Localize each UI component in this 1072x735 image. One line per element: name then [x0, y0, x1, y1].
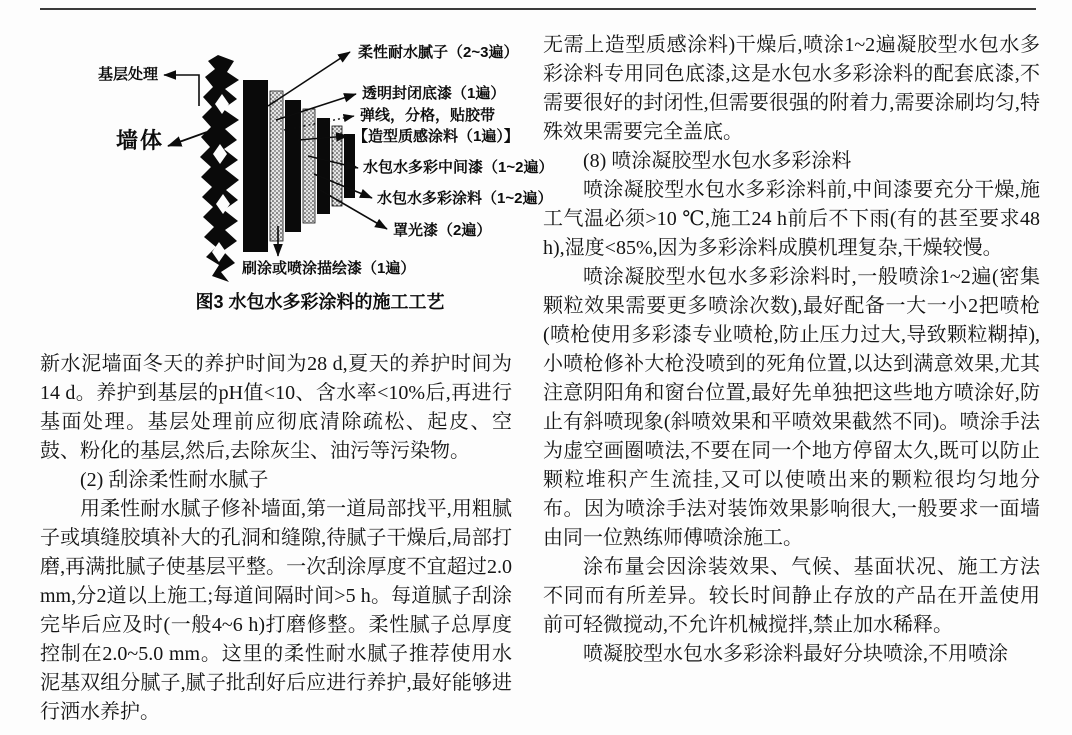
label-clear-topcoat: 罩光漆（2遍） — [393, 222, 491, 240]
figure-3-coating-diagram: 基层处理 墙体 柔性耐水腻子（2~3遍） 透明封闭底漆（1遍） 弹线，分格，贴胶… — [40, 28, 540, 340]
right-column: 无需上造型质感涂料)干燥后,喷涂1~2遍凝胶型水包水多彩涂料专用同色底漆,这是水… — [543, 31, 1040, 669]
paragraph: 用柔性耐水腻子修补墙面,第一道局部找平,用粗腻子或填缝胶填补大的孔洞和缝隙,待腻… — [40, 495, 512, 727]
paragraph-heading: (8) 喷涂凝胶型水包水多彩涂料 — [543, 147, 1040, 176]
paragraph: 无需上造型质感涂料)干燥后,喷涂1~2遍凝胶型水包水多彩涂料专用同色底漆,这是水… — [543, 31, 1040, 147]
paragraph: 涂布量会因涂装效果、气候、基面状况、施工方法不同而有所差异。较长时间静止存放的产… — [543, 553, 1040, 640]
label-multicolor-coat: 水包水多彩涂料（1~2遍） — [377, 190, 552, 208]
layer-bar-putty — [243, 80, 268, 252]
label-mid-coat: 水包水多彩中间漆（1~2遍） — [363, 159, 553, 177]
label-flexible-putty: 柔性耐水腻子（2~3遍） — [358, 44, 518, 62]
paragraph-heading: (2) 刮涂柔性耐水腻子 — [40, 466, 512, 495]
label-base-treatment: 基层处理 — [98, 66, 158, 84]
arrow-wall — [168, 132, 207, 146]
layer-bar-topcoat — [332, 126, 342, 206]
layer-bar-multicolor-coat — [317, 118, 330, 214]
layer-bar-texture-coat — [285, 100, 301, 232]
paragraph: 喷凝胶型水包水多彩涂料最好分块喷涂,不用喷涂 — [543, 640, 1040, 669]
label-snapline-tape: 弹线，分格，贴胶带 — [360, 107, 495, 125]
label-brush-spray-paint: 刷涂或喷涂描绘漆（1遍） — [242, 260, 415, 278]
paragraph: 新水泥墙面冬天的养护时间为28 d,夏天的养护时间为14 d。养护到基层的pH值… — [40, 350, 512, 466]
layer-bar-sealer — [270, 91, 283, 241]
figure-caption: 图3 水包水多彩涂料的施工工艺 — [110, 288, 530, 314]
arrow-putty — [268, 52, 350, 106]
arrow-base-treatment — [164, 75, 199, 106]
left-column: 新水泥墙面冬天的养护时间为28 d,夏天的养护时间为14 d。养护到基层的pH值… — [40, 350, 512, 727]
label-sealer-primer: 透明封闭底漆（1遍） — [362, 85, 505, 103]
label-wall: 墙体 — [116, 132, 164, 150]
header-rule — [40, 8, 1036, 10]
paragraph: 喷涂凝胶型水包水多彩涂料时,一般喷涂1~2遍(密集颗粒效果需要更多喷涂次数),最… — [543, 263, 1040, 553]
document-page: 基层处理 墙体 柔性耐水腻子（2~3遍） 透明封闭底漆（1遍） 弹线，分格，贴胶… — [0, 0, 1072, 735]
paragraph: 喷涂凝胶型水包水多彩涂料前,中间漆要充分干燥,施工气温必须>10 ℃,施工24 … — [543, 176, 1040, 263]
label-texture-coating: 【造型质感涂料（1遍）】 — [353, 128, 519, 146]
